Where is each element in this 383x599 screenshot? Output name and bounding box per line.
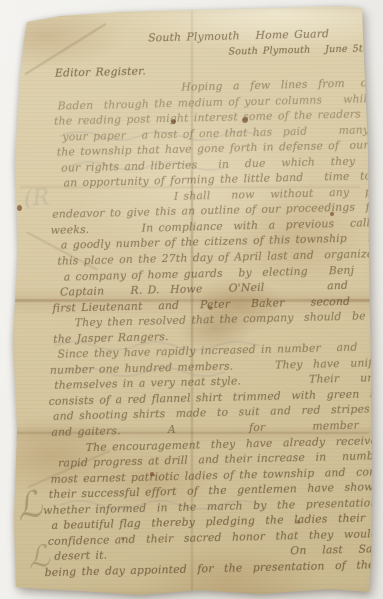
- handwritten-text-layer: South Plymouth Home Guard South Plymouth…: [30, 26, 375, 580]
- letter-body: Hoping a few lines from oldBaden through…: [31, 75, 375, 580]
- foxing-spot: [17, 205, 22, 211]
- letterhead-title: South Plymouth Home Guard: [148, 26, 362, 44]
- letter-paper: South Plymouth Home Guard South Plymouth…: [0, 0, 383, 599]
- dateline: South Plymouth June 5th 1861: [228, 43, 362, 57]
- paper-shadow: South Plymouth Home Guard South Plymouth…: [0, 0, 383, 599]
- verso-bleed-mark: (R: [23, 185, 50, 212]
- scanned-letter-photo: South Plymouth Home Guard South Plymouth…: [0, 0, 383, 599]
